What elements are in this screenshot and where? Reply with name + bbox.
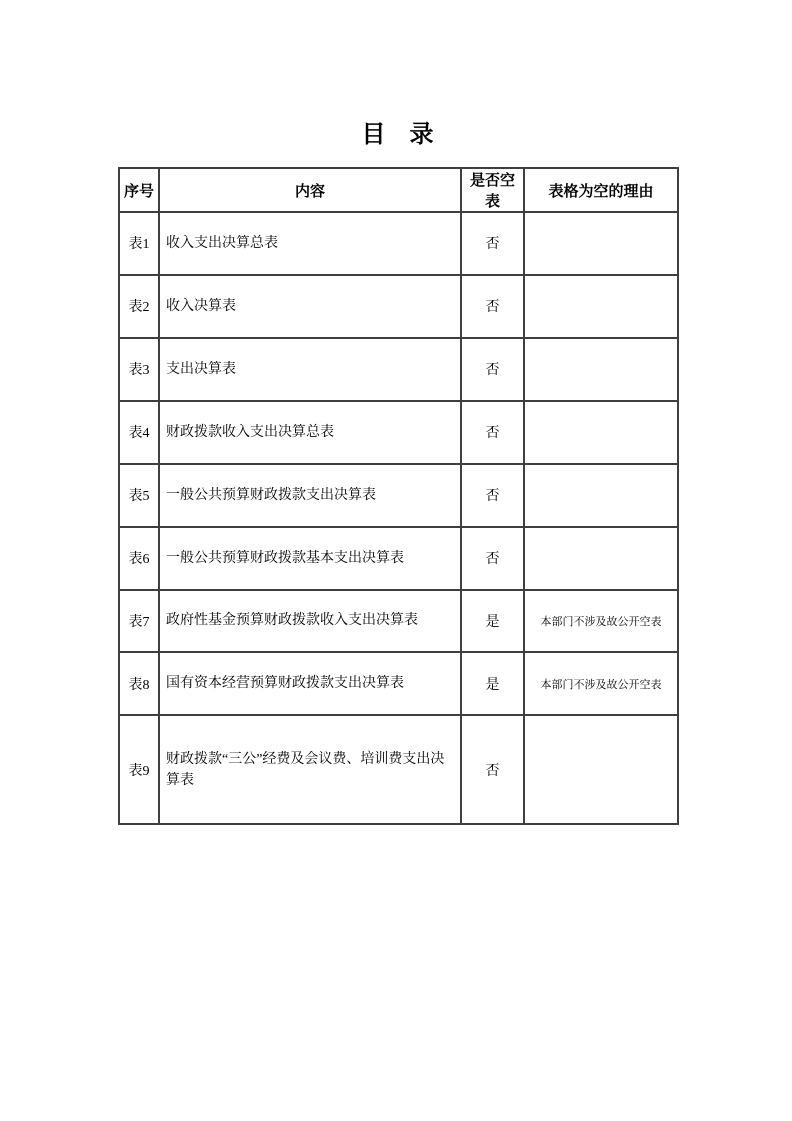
cell-content: 财政拨款“三公”经费及会议费、培训费支出决算表 [159,715,461,824]
cell-serial: 表2 [119,275,159,338]
cell-empty-reason [524,275,678,338]
table-row: 表5 一般公共预算财政拨款支出决算表 否 [119,464,678,527]
table-row: 表7 政府性基金预算财政拨款收入支出决算表 是 本部门不涉及故公开空表 [119,590,678,653]
table-row: 表6 一般公共预算财政拨款基本支出决算表 否 [119,527,678,590]
cell-content: 收入支出决算总表 [159,212,461,275]
cell-serial: 表6 [119,527,159,590]
cell-content: 财政拨款收入支出决算总表 [159,401,461,464]
table-header-row: 序号 内容 是否空表 表格为空的理由 [119,168,678,212]
cell-serial: 表9 [119,715,159,824]
table-row: 表8 国有资本经营预算财政拨款支出决算表 是 本部门不涉及故公开空表 [119,652,678,715]
cell-empty-reason [524,212,678,275]
cell-empty-reason [524,338,678,401]
cell-is-empty: 是 [461,652,524,715]
table-row: 表2 收入决算表 否 [119,275,678,338]
cell-empty-reason [524,401,678,464]
table-row: 表4 财政拨款收入支出决算总表 否 [119,401,678,464]
cell-empty-reason [524,715,678,824]
cell-empty-reason [524,527,678,590]
column-header-serial: 序号 [119,168,159,212]
cell-content: 一般公共预算财政拨款基本支出决算表 [159,527,461,590]
cell-serial: 表3 [119,338,159,401]
cell-is-empty: 否 [461,464,524,527]
cell-is-empty: 否 [461,338,524,401]
column-header-is-empty: 是否空表 [461,168,524,212]
cell-content: 政府性基金预算财政拨款收入支出决算表 [159,590,461,653]
cell-empty-reason [524,464,678,527]
column-header-empty-reason: 表格为空的理由 [524,168,678,212]
cell-serial: 表8 [119,652,159,715]
table-row: 表9 财政拨款“三公”经费及会议费、培训费支出决算表 否 [119,715,678,824]
cell-content: 支出决算表 [159,338,461,401]
cell-empty-reason: 本部门不涉及故公开空表 [524,590,678,653]
toc-table: 序号 内容 是否空表 表格为空的理由 表1 收入支出决算总表 否 表2 收入决算… [118,167,679,825]
cell-is-empty: 是 [461,590,524,653]
cell-serial: 表1 [119,212,159,275]
toc-table-body: 表1 收入支出决算总表 否 表2 收入决算表 否 表3 支出决算表 否 表4 财… [119,212,678,824]
cell-is-empty: 否 [461,401,524,464]
cell-is-empty: 否 [461,212,524,275]
cell-is-empty: 否 [461,275,524,338]
cell-serial: 表4 [119,401,159,464]
page-title: 目 录 [118,114,677,149]
cell-content: 国有资本经营预算财政拨款支出决算表 [159,652,461,715]
cell-is-empty: 否 [461,715,524,824]
cell-empty-reason: 本部门不涉及故公开空表 [524,652,678,715]
column-header-content: 内容 [159,168,461,212]
cell-is-empty: 否 [461,527,524,590]
table-row: 表3 支出决算表 否 [119,338,678,401]
cell-serial: 表7 [119,590,159,653]
cell-content: 收入决算表 [159,275,461,338]
document-page: 目 录 序号 内容 是否空表 表格为空的理由 表1 收入支出决算总表 否 表2 … [0,0,792,1121]
cell-serial: 表5 [119,464,159,527]
table-row: 表1 收入支出决算总表 否 [119,212,678,275]
cell-content: 一般公共预算财政拨款支出决算表 [159,464,461,527]
